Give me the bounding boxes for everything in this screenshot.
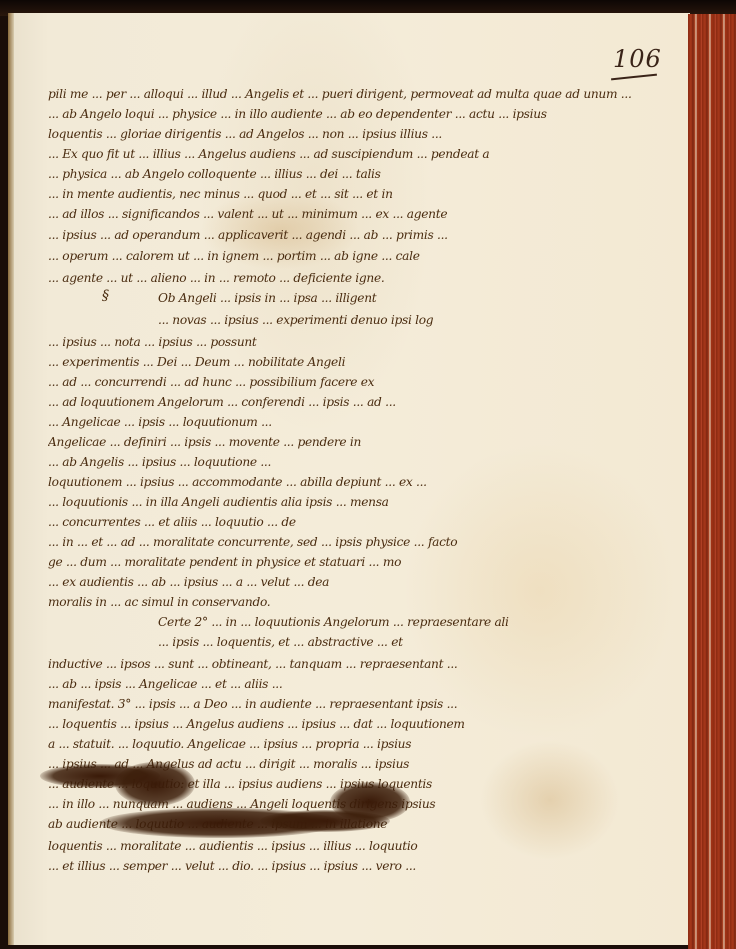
manuscript-line: ... Ex quo fit ut ... illius ... Angelus…: [48, 146, 640, 162]
manuscript-line: ... agente ... ut ... alieno ... in ... …: [48, 270, 588, 286]
manuscript-line: Angelicae ... definiri ... ipsis ... mov…: [48, 434, 640, 450]
ink-blot: [260, 810, 390, 832]
manuscript-line: a ... statuit. ... loquutio. Angelicae .…: [48, 736, 640, 752]
manuscript-line: loquutionem ... ipsius ... accommodante …: [48, 474, 640, 490]
manuscript-line: ... ipsius ... ad operandum ... applicav…: [48, 227, 640, 243]
book-gutter: [8, 13, 14, 945]
manuscript-line: ... ipsis ... loquentis, et ... abstract…: [158, 634, 640, 650]
manuscript-line: ... novas ... ipsius ... experimenti den…: [158, 312, 640, 328]
manuscript-line: ... ab Angelis ... ipsius ... loquutione…: [48, 454, 640, 470]
manuscript-line: moralis in ... ac simul in conservando.: [48, 594, 448, 610]
red-page-edges: [688, 14, 736, 949]
manuscript-line: ... ipsius ... nota ... ipsius ... possu…: [48, 334, 640, 350]
manuscript-line: ... et illius ... semper ... velut ... d…: [48, 858, 640, 874]
manuscript-line: ... ad ... concurrendi ... ad hunc ... p…: [48, 374, 640, 390]
section-mark: §: [102, 288, 109, 304]
folio-number: 106: [613, 45, 662, 73]
manuscript-line: Certe 2° ... in ... loquutionis Angeloru…: [158, 614, 640, 630]
manuscript-line: ... in mente audientis, nec minus ... qu…: [48, 186, 640, 202]
manuscript-line: ... Angelicae ... ipsis ... loquutionum …: [48, 414, 640, 430]
manuscript-line: inductive ... ipsos ... sunt ... obtinea…: [48, 656, 640, 672]
manuscript-line: ... operum ... calorem ut ... in ignem .…: [48, 248, 640, 264]
manuscript-line: ... ad loquutionem Angelorum ... confere…: [48, 394, 640, 410]
manuscript-line: ... ab ... ipsis ... Angelicae ... et ..…: [48, 676, 640, 692]
manuscript-line: ... loquentis ... ipsius ... Angelus aud…: [48, 716, 640, 732]
manuscript-line: ... ab Angelo loqui ... physice ... in i…: [48, 106, 640, 122]
manuscript-line: ge ... dum ... moralitate pendent in phy…: [48, 554, 640, 570]
manuscript-line: ... ex audientis ... ab ... ipsius ... a…: [48, 574, 640, 590]
manuscript-line: Ob Angeli ... ipsis in ... ipsa ... illi…: [158, 290, 640, 306]
manuscript-line: pili me ... per ... alloqui ... illud ..…: [48, 86, 640, 102]
manuscript-line: ... experimentis ... Dei ... Deum ... no…: [48, 354, 640, 370]
manuscript-line: ... ad illos ... significandos ... valen…: [48, 206, 640, 222]
manuscript-line: loquentis ... gloriae dirigentis ... ad …: [48, 126, 640, 142]
manuscript-line: loquentis ... moralitate ... audientis .…: [48, 838, 640, 854]
manuscript-line: manifestat. 3° ... ipsis ... a Deo ... i…: [48, 696, 640, 712]
manuscript-scan: 106 pili me ... per ... alloqui ... illu…: [0, 0, 736, 949]
manuscript-line: ... physica ... ab Angelo colloquente ..…: [48, 166, 640, 182]
manuscript-line: ... loquutionis ... in illa Angeli audie…: [48, 494, 640, 510]
manuscript-line: ... concurrentes ... et aliis ... loquut…: [48, 514, 640, 530]
ink-blot: [115, 762, 195, 806]
manuscript-line: ... in ... et ... ad ... moralitate conc…: [48, 534, 640, 550]
